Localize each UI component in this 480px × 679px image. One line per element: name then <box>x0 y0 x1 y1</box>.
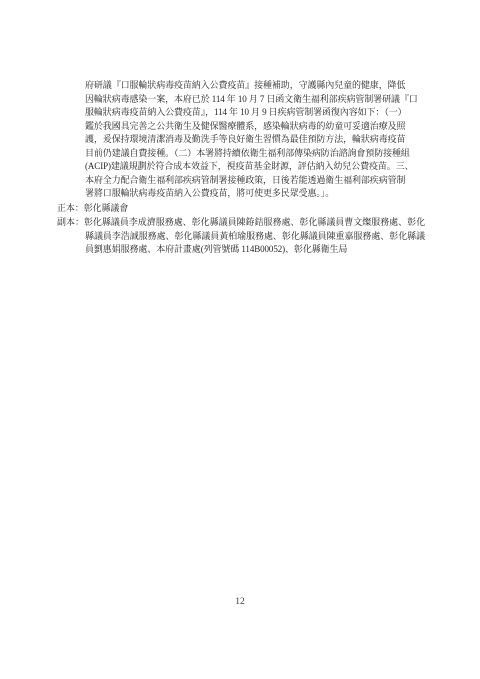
recipient-original-row: 正本：彰化縣議會 <box>57 202 425 216</box>
body-paragraph: 府研議『口服輪狀病毒疫苗納入公費疫苗』接種補助，守護縣內兒童的健康，降低 因輪狀… <box>85 79 429 201</box>
paragraph-line: 署將口服輪狀病毒疫苗納入公費疫苗，將可使更多民眾受惠。」。 <box>85 187 429 201</box>
document-page: 府研議『口服輪狀病毒疫苗納入公費疫苗』接種補助，守護縣內兒童的健康，降低 因輪狀… <box>0 0 480 679</box>
recipient-original-content: 彰化縣議會 <box>84 203 129 213</box>
paragraph-line: 服輪狀病毒疫苗納入公費疫苗』，114 年 10 月 9 日疾病管制署函復內容如下… <box>85 106 429 120</box>
paragraph-line: 本府全力配合衛生福利部疾病管制署接種政策，日後若能透過衛生福利部疾病管制 <box>85 174 429 188</box>
recipient-original-label: 正本： <box>57 203 84 213</box>
paragraph-line: 因輪狀病毒感染一案，本府已於 114 年 10 月 7 日函文衛生福利部疾病管制… <box>85 93 429 107</box>
paragraph-line: 護，爰保持環境清潔消毒及勤洗手等良好衛生習慣為最佳預防方法，輪狀病毒疫苗 <box>85 133 429 147</box>
page-number: 12 <box>0 597 480 607</box>
paragraph-line: 府研議『口服輪狀病毒疫苗納入公費疫苗』接種補助，守護縣內兒童的健康，降低 <box>85 79 429 93</box>
recipient-copy-content: 彰化縣議員李成濟服務處、彰化縣議員陳銌銡服務處、彰化縣議員曹文燦服務處、彰化縣議… <box>84 217 425 254</box>
recipient-copy-row: 副本：彰化縣議員李成濟服務處、彰化縣議員陳銌銡服務處、彰化縣議員曹文燦服務處、彰… <box>57 216 425 257</box>
distribution-list: 正本：彰化縣議會 副本：彰化縣議員李成濟服務處、彰化縣議員陳銌銡服務處、彰化縣議… <box>57 202 425 257</box>
paragraph-line: (ACIP)建議規劃於符合成本效益下，視疫苗基金財源，評估納入幼兒公費疫苗。三、 <box>85 160 429 174</box>
recipient-copy-label: 副本： <box>57 217 84 227</box>
paragraph-line: 目前仍建議自費接種。（二）本署將持續依衛生福利部傳染病防治諮詢會預防接種組 <box>85 147 429 161</box>
paragraph-line: 鑑於我國具完善之公共衛生及健保醫療體系，感染輪狀病毒的幼童可妥適治療及照 <box>85 120 429 134</box>
